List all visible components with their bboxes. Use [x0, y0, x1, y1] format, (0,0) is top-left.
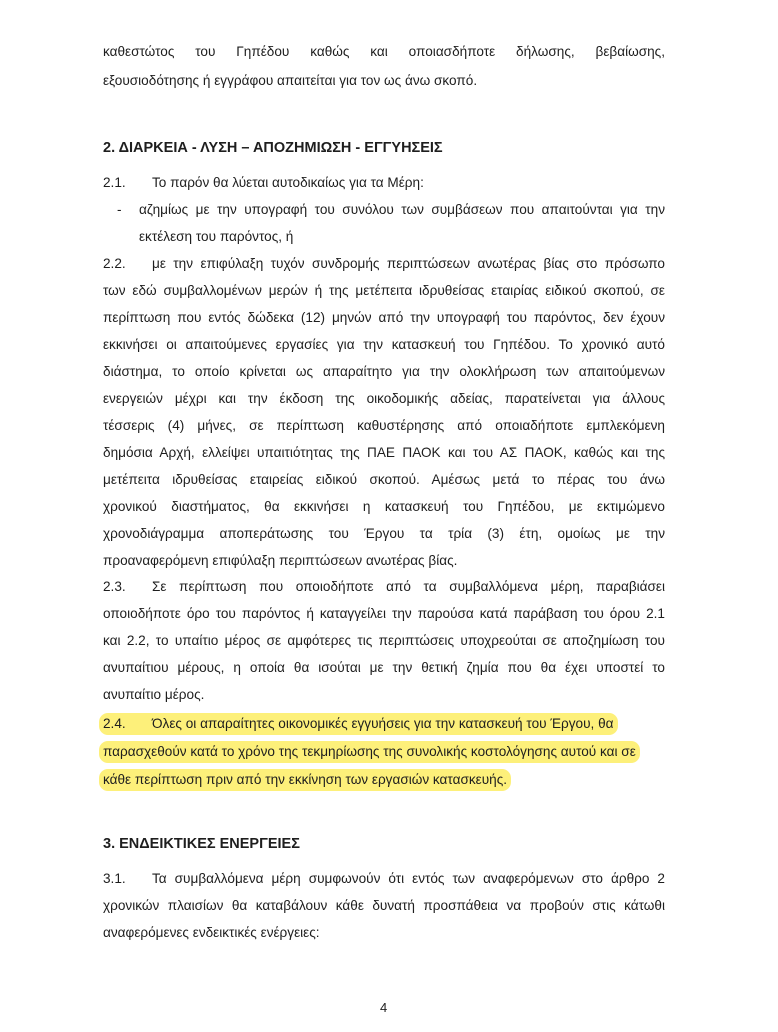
clause-text: διάστημα, το οποίο κρίνεται ως απαραίτητ… [103, 364, 665, 379]
clause-line: ενεργειών μέχρι και την έκδοση της οικοδ… [103, 390, 665, 408]
clause-text: μετέπειτα ιδρυθείσας εταιρείας ειδικού σ… [103, 472, 665, 487]
clause-text: χρονοδιάγραμμα αποπεράτωσης του Έργου τα… [103, 526, 665, 541]
page-number: 4 [380, 1000, 387, 1015]
clause-line: κάθε περίπτωση πριν από την εκκίνηση των… [103, 769, 665, 791]
clause-text: χρονικού διαστήματος, θα εκκινήσει η κατ… [103, 499, 665, 514]
clause-text: Τα συμβαλλόμενα μέρη συμφωνούν ότι εντός… [152, 871, 665, 886]
clause-text: με την επιφύλαξη τυχόν συνδρομής περιπτώ… [152, 256, 665, 271]
clause-text: εκκινήσει οι απαιτούμενες εργασίες για τ… [103, 337, 665, 352]
clause-number: 3.1. [103, 870, 152, 888]
clause-text: τέσσερις (4) μήνες, σε περίπτωση καθυστέ… [103, 418, 665, 433]
clause-2-1-bullet-line-2: εκτέλεση του παρόντος, ή [139, 228, 701, 246]
clause-text: χρονικών πλαισίων θα καταβάλουν κάθε δυν… [103, 898, 665, 913]
clause-text: δημόσια Αρχή, ελλείψει υπαιτιότητας της … [103, 445, 665, 460]
clause-line: 2.4.Όλες οι απαραίτητες οικονομικές εγγυ… [103, 713, 665, 735]
clause-line: χρονικού διαστήματος, θα εκκινήσει η κατ… [103, 498, 665, 516]
clause-line: των εδώ συμβαλλομένων μερών ή της μετέπε… [103, 282, 665, 300]
clause-2-1-bullet: -αζημίως με την υπογραφή του συνόλου των… [103, 201, 665, 219]
clause-line: και 2.2, το υπαίτιο μέρος σε αμφότερες τ… [103, 632, 665, 650]
clause-text: κάθε περίπτωση πριν από την εκκίνηση των… [103, 772, 507, 787]
clause-text: αναφερόμενες ενδεικτικές ενέργειες: [103, 925, 320, 940]
clause-line: οποιοδήποτε όρο του παρόντος ή καταγγείλ… [103, 605, 665, 623]
clause-line: εκκινήσει οι απαιτούμενες εργασίες για τ… [103, 336, 665, 354]
clause-number: 2.2. [103, 255, 152, 273]
clause-text: Σε περίπτωση που οποιοδήποτε από τα συμβ… [152, 579, 665, 594]
bullet-line-1: αζημίως με την υπογραφή του συνόλου των … [139, 202, 665, 217]
clause-line: περίπτωση που εντός δώδεκα (12) μηνών απ… [103, 309, 665, 327]
clause-line: παρασχεθούν κατά το χρόνο της τεκμηρίωση… [103, 741, 665, 763]
clause-text: Το παρόν θα λύεται αυτοδικαίως για τα Μέ… [152, 175, 424, 190]
clause-line: διάστημα, το οποίο κρίνεται ως απαραίτητ… [103, 363, 665, 381]
clause-text: προαναφερόμενη επιφύλαξη περιπτώσεων ανω… [103, 553, 457, 568]
clause-text: οποιοδήποτε όρο του παρόντος ή καταγγείλ… [103, 606, 665, 621]
clause-number: 2.3. [103, 578, 152, 596]
clause-text: και 2.2, το υπαίτιο μέρος σε αμφότερες τ… [103, 633, 665, 648]
clause-text: ενεργειών μέχρι και την έκδοση της οικοδ… [103, 391, 665, 406]
section-2-heading: 2. ΔΙΑΡΚΕΙΑ - ΛΥΣΗ – ΑΠΟΖΗΜΙΩΣΗ - ΕΓΓΥΗΣ… [103, 140, 443, 156]
clause-line: ανυπαίτιο μέρος. [103, 686, 665, 704]
section-3-heading: 3. ΕΝΔΕΙΚΤΙΚΕΣ ΕΝΕΡΓΕΙΕΣ [103, 836, 300, 852]
clause-text: περίπτωση που εντός δώδεκα (12) μηνών απ… [103, 310, 665, 325]
clause-line: προαναφερόμενη επιφύλαξη περιπτώσεων ανω… [103, 552, 665, 570]
clause-text: Όλες οι απαραίτητες οικονομικές εγγυήσει… [152, 716, 614, 731]
clause-line: μετέπειτα ιδρυθείσας εταιρείας ειδικού σ… [103, 471, 665, 489]
clause-line: ανυπαίτιου μέρους, η οποία θα ισούται με… [103, 659, 665, 677]
clause-2-1: 2.1.Το παρόν θα λύεται αυτοδικαίως για τ… [103, 174, 665, 192]
clause-line: δημόσια Αρχή, ελλείψει υπαιτιότητας της … [103, 444, 665, 462]
clause-line: 2.3.Σε περίπτωση που οποιοδήποτε από τα … [103, 578, 665, 596]
clause-number: 2.4. [103, 715, 152, 733]
clause-line: τέσσερις (4) μήνες, σε περίπτωση καθυστέ… [103, 417, 665, 435]
clause-text: παρασχεθούν κατά το χρόνο της τεκμηρίωση… [103, 744, 636, 759]
clause-line: αναφερόμενες ενδεικτικές ενέργειες: [103, 924, 665, 942]
clause-text: των εδώ συμβαλλομένων μερών ή της μετέπε… [103, 283, 665, 298]
document-page: καθεστώτος του Γηπέδου καθώς και οποιασδ… [0, 0, 778, 1032]
clause-number: 2.1. [103, 174, 152, 192]
clause-line: 2.2.με την επιφύλαξη τυχόν συνδρομής περ… [103, 255, 665, 273]
clause-text: ανυπαίτιο μέρος. [103, 687, 204, 702]
clause-text: ανυπαίτιου μέρους, η οποία θα ισούται με… [103, 660, 665, 675]
clause-line: 3.1.Τα συμβαλλόμενα μέρη συμφωνούν ότι ε… [103, 870, 665, 888]
intro-line-1: καθεστώτος του Γηπέδου καθώς και οποιασδ… [103, 43, 665, 61]
intro-line-2: εξουσιοδότησης ή εγγράφου απαιτείται για… [103, 72, 665, 90]
clause-line: χρονικών πλαισίων θα καταβάλουν κάθε δυν… [103, 897, 665, 915]
clause-line: χρονοδιάγραμμα αποπεράτωσης του Έργου τα… [103, 525, 665, 543]
bullet-dash: - [103, 201, 139, 219]
